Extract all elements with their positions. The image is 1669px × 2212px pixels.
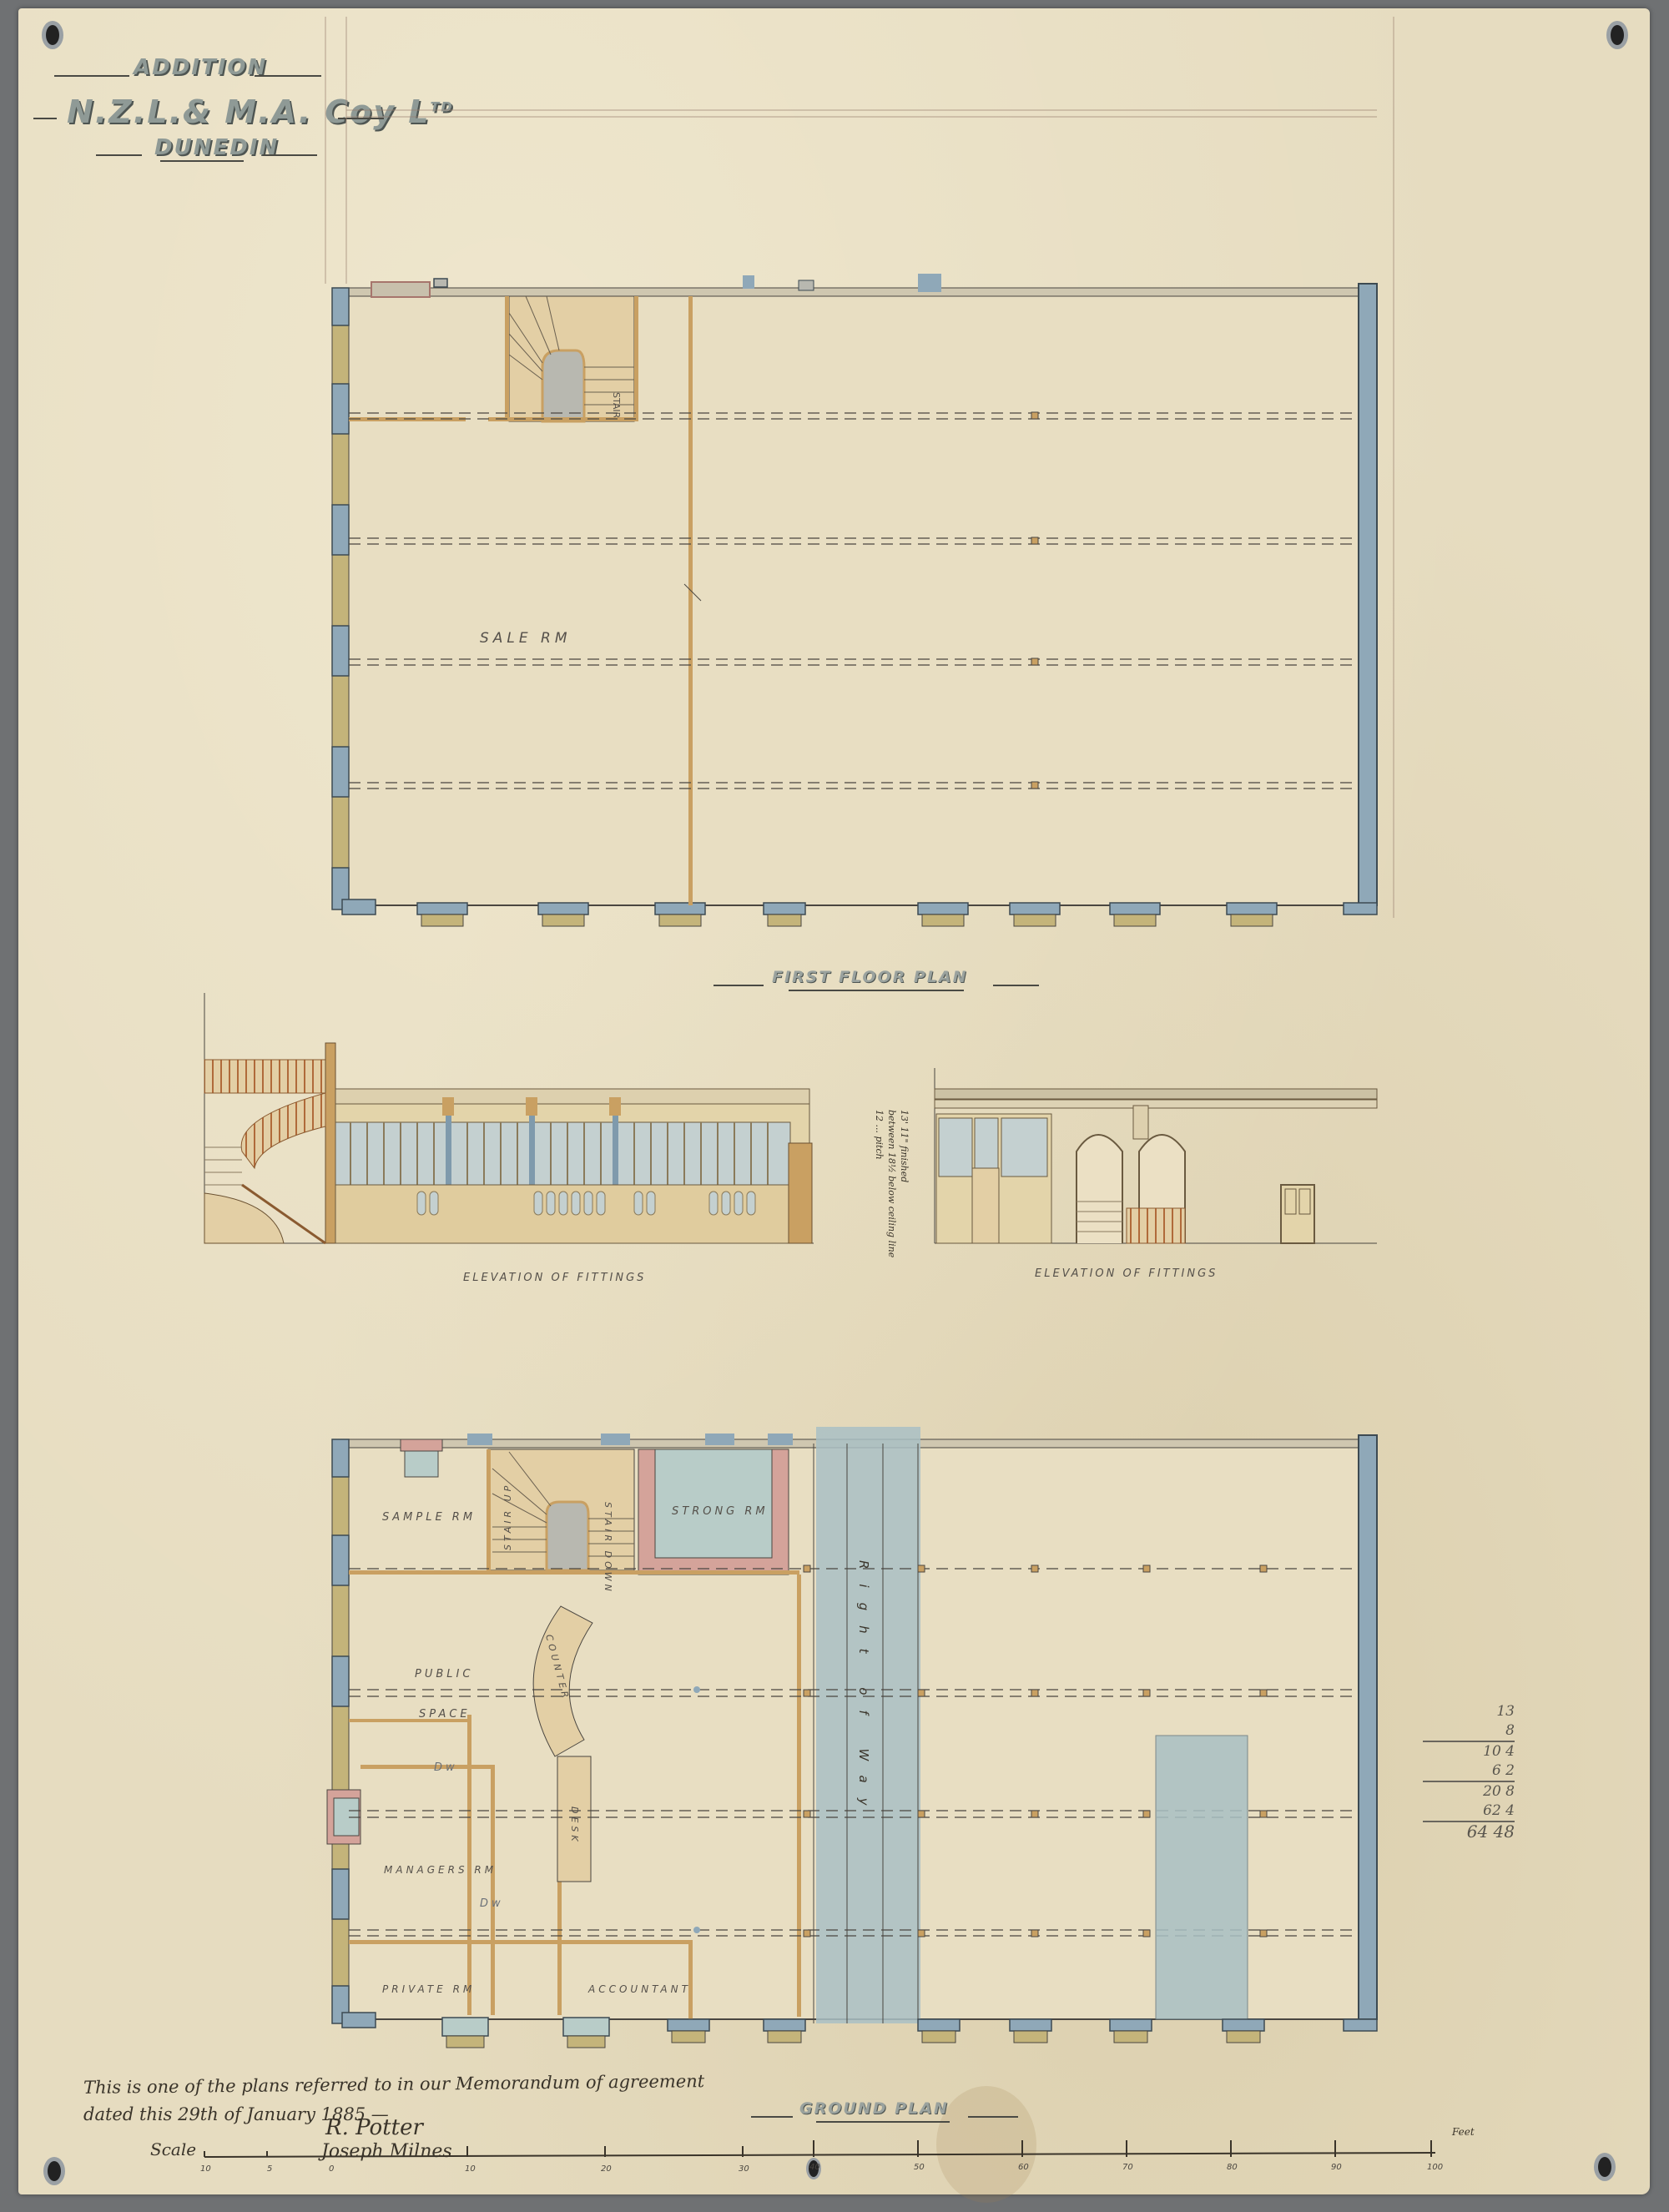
- caption-rule: [751, 2116, 793, 2118]
- calc-line: 64 48: [1423, 1822, 1515, 1842]
- elevation-right-note: 13' 11" finished between 18½ below ceili…: [874, 1110, 910, 1258]
- pencil-calculation: 13 8 10 4 6 2 20 8 62 4 64 48: [1423, 1702, 1515, 1842]
- svg-text:60: 60: [1018, 2163, 1029, 2172]
- room-label-space: SPACE: [419, 1708, 471, 1721]
- caption-rule: [968, 2116, 1018, 2118]
- signature-potter: R. Potter: [325, 2115, 423, 2140]
- svg-text:90: 90: [1331, 2163, 1342, 2172]
- caption-rule: [993, 985, 1039, 986]
- caption-ground-plan: GROUND PLAN: [799, 2099, 949, 2118]
- architectural-drawing: STAIR SALE RM: [0, 0, 1669, 2212]
- calc-line: 6 2: [1423, 1761, 1515, 1782]
- svg-text:10: 10: [465, 2164, 476, 2174]
- ground-plan: Right of Way: [327, 1427, 1377, 2048]
- caption-elevation-right: ELEVATION OF FITTINGS: [1035, 1267, 1218, 1280]
- room-label-managers-rm: MANAGERS RM: [384, 1864, 497, 1876]
- svg-text:20: 20: [601, 2164, 612, 2174]
- stair-down-label: STAIR DOWN: [603, 1502, 613, 1595]
- calc-line: 20 8: [1423, 1782, 1515, 1801]
- height-note: between 18½ below ceiling line: [886, 1110, 897, 1258]
- scale-unit-label: Feet: [1452, 2126, 1475, 2138]
- elevation-right: [935, 1068, 1377, 1243]
- signature-milnes: Joseph Milnes: [321, 2141, 452, 2162]
- first-floor-plan: STAIR: [332, 274, 1377, 926]
- svg-text:80: 80: [1227, 2163, 1238, 2172]
- svg-text:100: 100: [1427, 2163, 1443, 2172]
- room-label-sample-rm: SAMPLE RM: [382, 1511, 476, 1524]
- caption-underline: [789, 990, 964, 991]
- svg-text:30: 30: [739, 2164, 749, 2174]
- svg-text:10: 10: [200, 2164, 211, 2174]
- caption-underline: [816, 2121, 950, 2123]
- room-label-private-rm: PRIVATE RM: [382, 1983, 475, 1995]
- caption-elevation-left: ELEVATION OF FITTINGS: [463, 1272, 646, 1284]
- caption-rule: [713, 985, 764, 986]
- height-note: 13' 11" finished: [899, 1110, 910, 1182]
- svg-text:0: 0: [329, 2164, 334, 2174]
- room-label-strong-rm: STRONG RM: [672, 1505, 769, 1518]
- door-note: Dw: [434, 1761, 458, 1774]
- stair-label: STAIR: [611, 392, 622, 419]
- calc-line: 62 4: [1423, 1801, 1515, 1822]
- svg-text:40: 40: [809, 2163, 820, 2172]
- height-note: 12 ... pitch: [874, 1110, 885, 1160]
- scale-label: Scale: [150, 2139, 196, 2159]
- elevation-left: [204, 993, 814, 1243]
- calc-line: 8: [1423, 1721, 1515, 1742]
- caption-first-floor-plan: FIRST FLOOR PLAN: [772, 968, 968, 986]
- calc-line: 13: [1423, 1702, 1515, 1721]
- scale-tick-labels: 105 010 2030 4050 6070 8090 100: [200, 2163, 1443, 2174]
- room-label-accountant: ACCOUNTANT: [587, 1983, 691, 1995]
- stair-up-label: STAIR UP: [502, 1483, 513, 1550]
- room-label-public: PUBLIC: [415, 1668, 473, 1680]
- calc-line: 10 4: [1423, 1742, 1515, 1761]
- room-label-sale-rm: SALE RM: [480, 630, 572, 647]
- lane-label: Right of Way: [856, 1560, 871, 1821]
- svg-text:70: 70: [1122, 2163, 1133, 2172]
- desk-label: DESK: [569, 1806, 580, 1845]
- svg-text:50: 50: [914, 2163, 925, 2172]
- door-note: Dw: [480, 1897, 504, 1910]
- svg-text:5: 5: [267, 2164, 272, 2174]
